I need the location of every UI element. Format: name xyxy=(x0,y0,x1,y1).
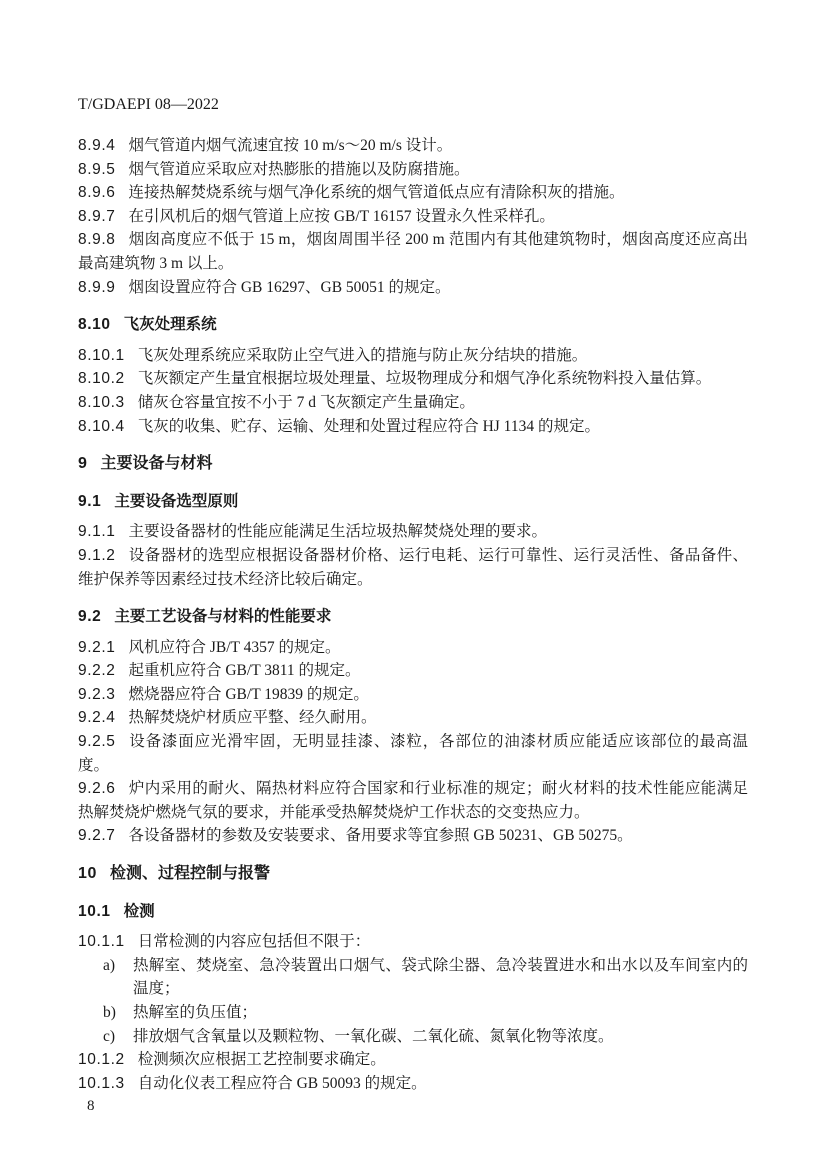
clause-number: 9.2.4 xyxy=(78,709,115,726)
clause-text: 烟囱设置应符合 GB 16297、GB 50051 的规定。 xyxy=(128,279,450,296)
clause-text: 主要设备器材的性能应能满足生活垃圾热解焚烧处理的要求。 xyxy=(128,523,547,540)
clause: 8.10.1飞灰处理系统应采取防止空气进入的措施与防止灰分结块的措施。 xyxy=(78,344,748,368)
clause-text: 风机应符合 JB/T 4357 的规定。 xyxy=(128,639,340,656)
clause-number: 8.9.8 xyxy=(78,231,115,248)
clause: 8.9.5烟气管道应采取应对热膨胀的措施以及防腐措施。 xyxy=(78,158,748,182)
clause: 8.10.3储灰仓容量宜按不小于 7 d 飞灰额定产生量确定。 xyxy=(78,391,748,415)
section-heading: 9主要设备与材料 xyxy=(78,452,748,476)
clause-number: 8.9.9 xyxy=(78,279,115,296)
clause: 10.1.2检测频次应根据工艺控制要求确定。 xyxy=(78,1048,748,1072)
page-header: T/GDAEPI 08—2022 xyxy=(78,95,748,115)
clause: 9.2.4热解焚烧炉材质应平整、经久耐用。 xyxy=(78,706,748,730)
standard-code: T/GDAEPI 08—2022 xyxy=(78,96,219,113)
heading-number: 9.1 xyxy=(78,493,101,510)
section-heading: 10.1检测 xyxy=(78,900,748,924)
heading-number: 9 xyxy=(78,455,88,472)
clause-number: 8.10.2 xyxy=(78,370,125,387)
clause-number: 9.2.2 xyxy=(78,662,115,679)
list-marker: c) xyxy=(103,1025,133,1049)
page-footer: 8 xyxy=(87,1095,748,1119)
clause-number: 8.10.1 xyxy=(78,347,125,364)
clause: 9.2.2起重机应符合 GB/T 3811 的规定。 xyxy=(78,659,748,683)
clause-number: 10.1.3 xyxy=(78,1075,125,1092)
heading-number: 10 xyxy=(78,865,97,882)
clause: 9.1.2设备器材的选型应根据设备器材价格、运行电耗、运行可靠性、运行灵活性、备… xyxy=(78,544,748,591)
clause-number: 8.9.4 xyxy=(78,137,115,154)
clause-number: 8.10.4 xyxy=(78,418,125,435)
clause-number: 9.2.1 xyxy=(78,639,115,656)
clause-text: 炉内采用的耐火、隔热材料应符合国家和行业标准的规定；耐火材料的技术性能应能满足热… xyxy=(78,780,748,821)
clause: 8.9.8烟囱高度应不低于 15 m，烟囱周围半径 200 m 范围内有其他建筑… xyxy=(78,228,748,275)
clause-number: 8.10.3 xyxy=(78,394,125,411)
list-item-text: 热解室的负压值； xyxy=(133,1001,748,1025)
section-heading: 9.2主要工艺设备与材料的性能要求 xyxy=(78,605,748,629)
list-marker: b) xyxy=(103,1001,133,1025)
clause-number: 9.2.5 xyxy=(78,733,115,750)
document-body: 8.9.4烟气管道内烟气流速宜按 10 m/s～20 m/s 设计。8.9.5烟… xyxy=(78,134,748,1095)
clause-text: 各设备器材的参数及安装要求、备用要求等宜参照 GB 50231、GB 50275… xyxy=(128,827,632,844)
clause: 8.9.6连接热解焚烧系统与烟气净化系统的烟气管道低点应有清除积灰的措施。 xyxy=(78,181,748,205)
clause-text: 飞灰的收集、贮存、运输、处理和处置过程应符合 HJ 1134 的规定。 xyxy=(138,418,600,435)
heading-text: 主要设备选型原则 xyxy=(114,493,238,510)
clause-text: 起重机应符合 GB/T 3811 的规定。 xyxy=(128,662,360,679)
clause: 9.2.1风机应符合 JB/T 4357 的规定。 xyxy=(78,636,748,660)
heading-text: 检测、过程控制与报警 xyxy=(110,865,270,882)
clause-number: 9.1.2 xyxy=(78,547,115,564)
clause-text: 设备漆面应光滑牢固，无明显挂漆、漆粒，各部位的油漆材质应能适应该部位的最高温度。 xyxy=(78,733,748,774)
clause: 9.2.7各设备器材的参数及安装要求、备用要求等宜参照 GB 50231、GB … xyxy=(78,824,748,848)
section-heading: 8.10飞灰处理系统 xyxy=(78,313,748,337)
clause-text: 日常检测的内容应包括但不限于： xyxy=(138,933,371,950)
clause-text: 飞灰处理系统应采取防止空气进入的措施与防止灰分结块的措施。 xyxy=(138,347,588,364)
clause-text: 检测频次应根据工艺控制要求确定。 xyxy=(138,1051,386,1068)
clause: 8.9.4烟气管道内烟气流速宜按 10 m/s～20 m/s 设计。 xyxy=(78,134,748,158)
heading-number: 10.1 xyxy=(78,903,111,920)
clause-number: 10.1.1 xyxy=(78,933,125,950)
list-item: c)排放烟气含氧量以及颗粒物、一氧化碳、二氧化硫、氮氧化物等浓度。 xyxy=(103,1025,748,1049)
clause: 8.10.2飞灰额定产生量宜根据垃圾处理量、垃圾物理成分和烟气净化系统物料投入量… xyxy=(78,367,748,391)
heading-text: 飞灰处理系统 xyxy=(124,316,217,333)
clause-number: 8.9.7 xyxy=(78,208,115,225)
clause-text: 设备器材的选型应根据设备器材价格、运行电耗、运行可靠性、运行灵活性、备品备件、维… xyxy=(78,547,748,588)
clause-number: 10.1.2 xyxy=(78,1051,125,1068)
document-page: T/GDAEPI 08—2022 8.9.4烟气管道内烟气流速宜按 10 m/s… xyxy=(0,0,826,1169)
heading-text: 主要设备与材料 xyxy=(101,455,213,472)
clause: 9.2.6炉内采用的耐火、隔热材料应符合国家和行业标准的规定；耐火材料的技术性能… xyxy=(78,777,748,824)
list-item-text: 排放烟气含氧量以及颗粒物、一氧化碳、二氧化硫、氮氧化物等浓度。 xyxy=(133,1025,748,1049)
clause-number: 9.2.7 xyxy=(78,827,115,844)
clause-text: 在引风机后的烟气管道上应按 GB/T 16157 设置永久性采样孔。 xyxy=(128,208,554,225)
clause-text: 储灰仓容量宜按不小于 7 d 飞灰额定产生量确定。 xyxy=(138,394,475,411)
heading-text: 检测 xyxy=(124,903,155,920)
clause-text: 自动化仪表工程应符合 GB 50093 的规定。 xyxy=(138,1075,427,1092)
heading-text: 主要工艺设备与材料的性能要求 xyxy=(114,608,331,625)
clause-number: 9.1.1 xyxy=(78,523,115,540)
list-marker: a) xyxy=(103,954,133,1001)
heading-number: 9.2 xyxy=(78,608,101,625)
clause: 8.10.4飞灰的收集、贮存、运输、处理和处置过程应符合 HJ 1134 的规定… xyxy=(78,415,748,439)
clause-text: 烟囱高度应不低于 15 m，烟囱周围半径 200 m 范围内有其他建筑物时，烟囱… xyxy=(78,231,748,272)
clause-text: 连接热解焚烧系统与烟气净化系统的烟气管道低点应有清除积灰的措施。 xyxy=(128,184,624,201)
clause-number: 9.2.6 xyxy=(78,780,115,797)
list-item: b)热解室的负压值； xyxy=(103,1001,748,1025)
heading-number: 8.10 xyxy=(78,316,111,333)
clause: 10.1.3自动化仪表工程应符合 GB 50093 的规定。 xyxy=(78,1072,748,1096)
clause-number: 8.9.6 xyxy=(78,184,115,201)
clause: 8.9.9烟囱设置应符合 GB 16297、GB 50051 的规定。 xyxy=(78,276,748,300)
clause-number: 8.9.5 xyxy=(78,161,115,178)
list-item-text: 热解室、焚烧室、急冷装置出口烟气、袋式除尘器、急冷装置进水和出水以及车间室内的温… xyxy=(133,954,748,1001)
clause-text: 燃烧器应符合 GB/T 19839 的规定。 xyxy=(128,686,368,703)
clause: 9.1.1主要设备器材的性能应能满足生活垃圾热解焚烧处理的要求。 xyxy=(78,520,748,544)
section-heading: 9.1主要设备选型原则 xyxy=(78,490,748,514)
clause: 8.9.7在引风机后的烟气管道上应按 GB/T 16157 设置永久性采样孔。 xyxy=(78,205,748,229)
list-item: a)热解室、焚烧室、急冷装置出口烟气、袋式除尘器、急冷装置进水和出水以及车间室内… xyxy=(103,954,748,1001)
section-heading: 10检测、过程控制与报警 xyxy=(78,862,748,886)
page-number: 8 xyxy=(87,1098,95,1114)
clause-number: 9.2.3 xyxy=(78,686,115,703)
clause-text: 热解焚烧炉材质应平整、经久耐用。 xyxy=(128,709,376,726)
clause: 10.1.1日常检测的内容应包括但不限于： xyxy=(78,930,748,954)
clause: 9.2.5设备漆面应光滑牢固，无明显挂漆、漆粒，各部位的油漆材质应能适应该部位的… xyxy=(78,730,748,777)
clause-text: 烟气管道内烟气流速宜按 10 m/s～20 m/s 设计。 xyxy=(128,137,452,154)
clause: 9.2.3燃烧器应符合 GB/T 19839 的规定。 xyxy=(78,683,748,707)
clause-text: 烟气管道应采取应对热膨胀的措施以及防腐措施。 xyxy=(128,161,469,178)
clause-text: 飞灰额定产生量宜根据垃圾处理量、垃圾物理成分和烟气净化系统物料投入量估算。 xyxy=(138,370,712,387)
